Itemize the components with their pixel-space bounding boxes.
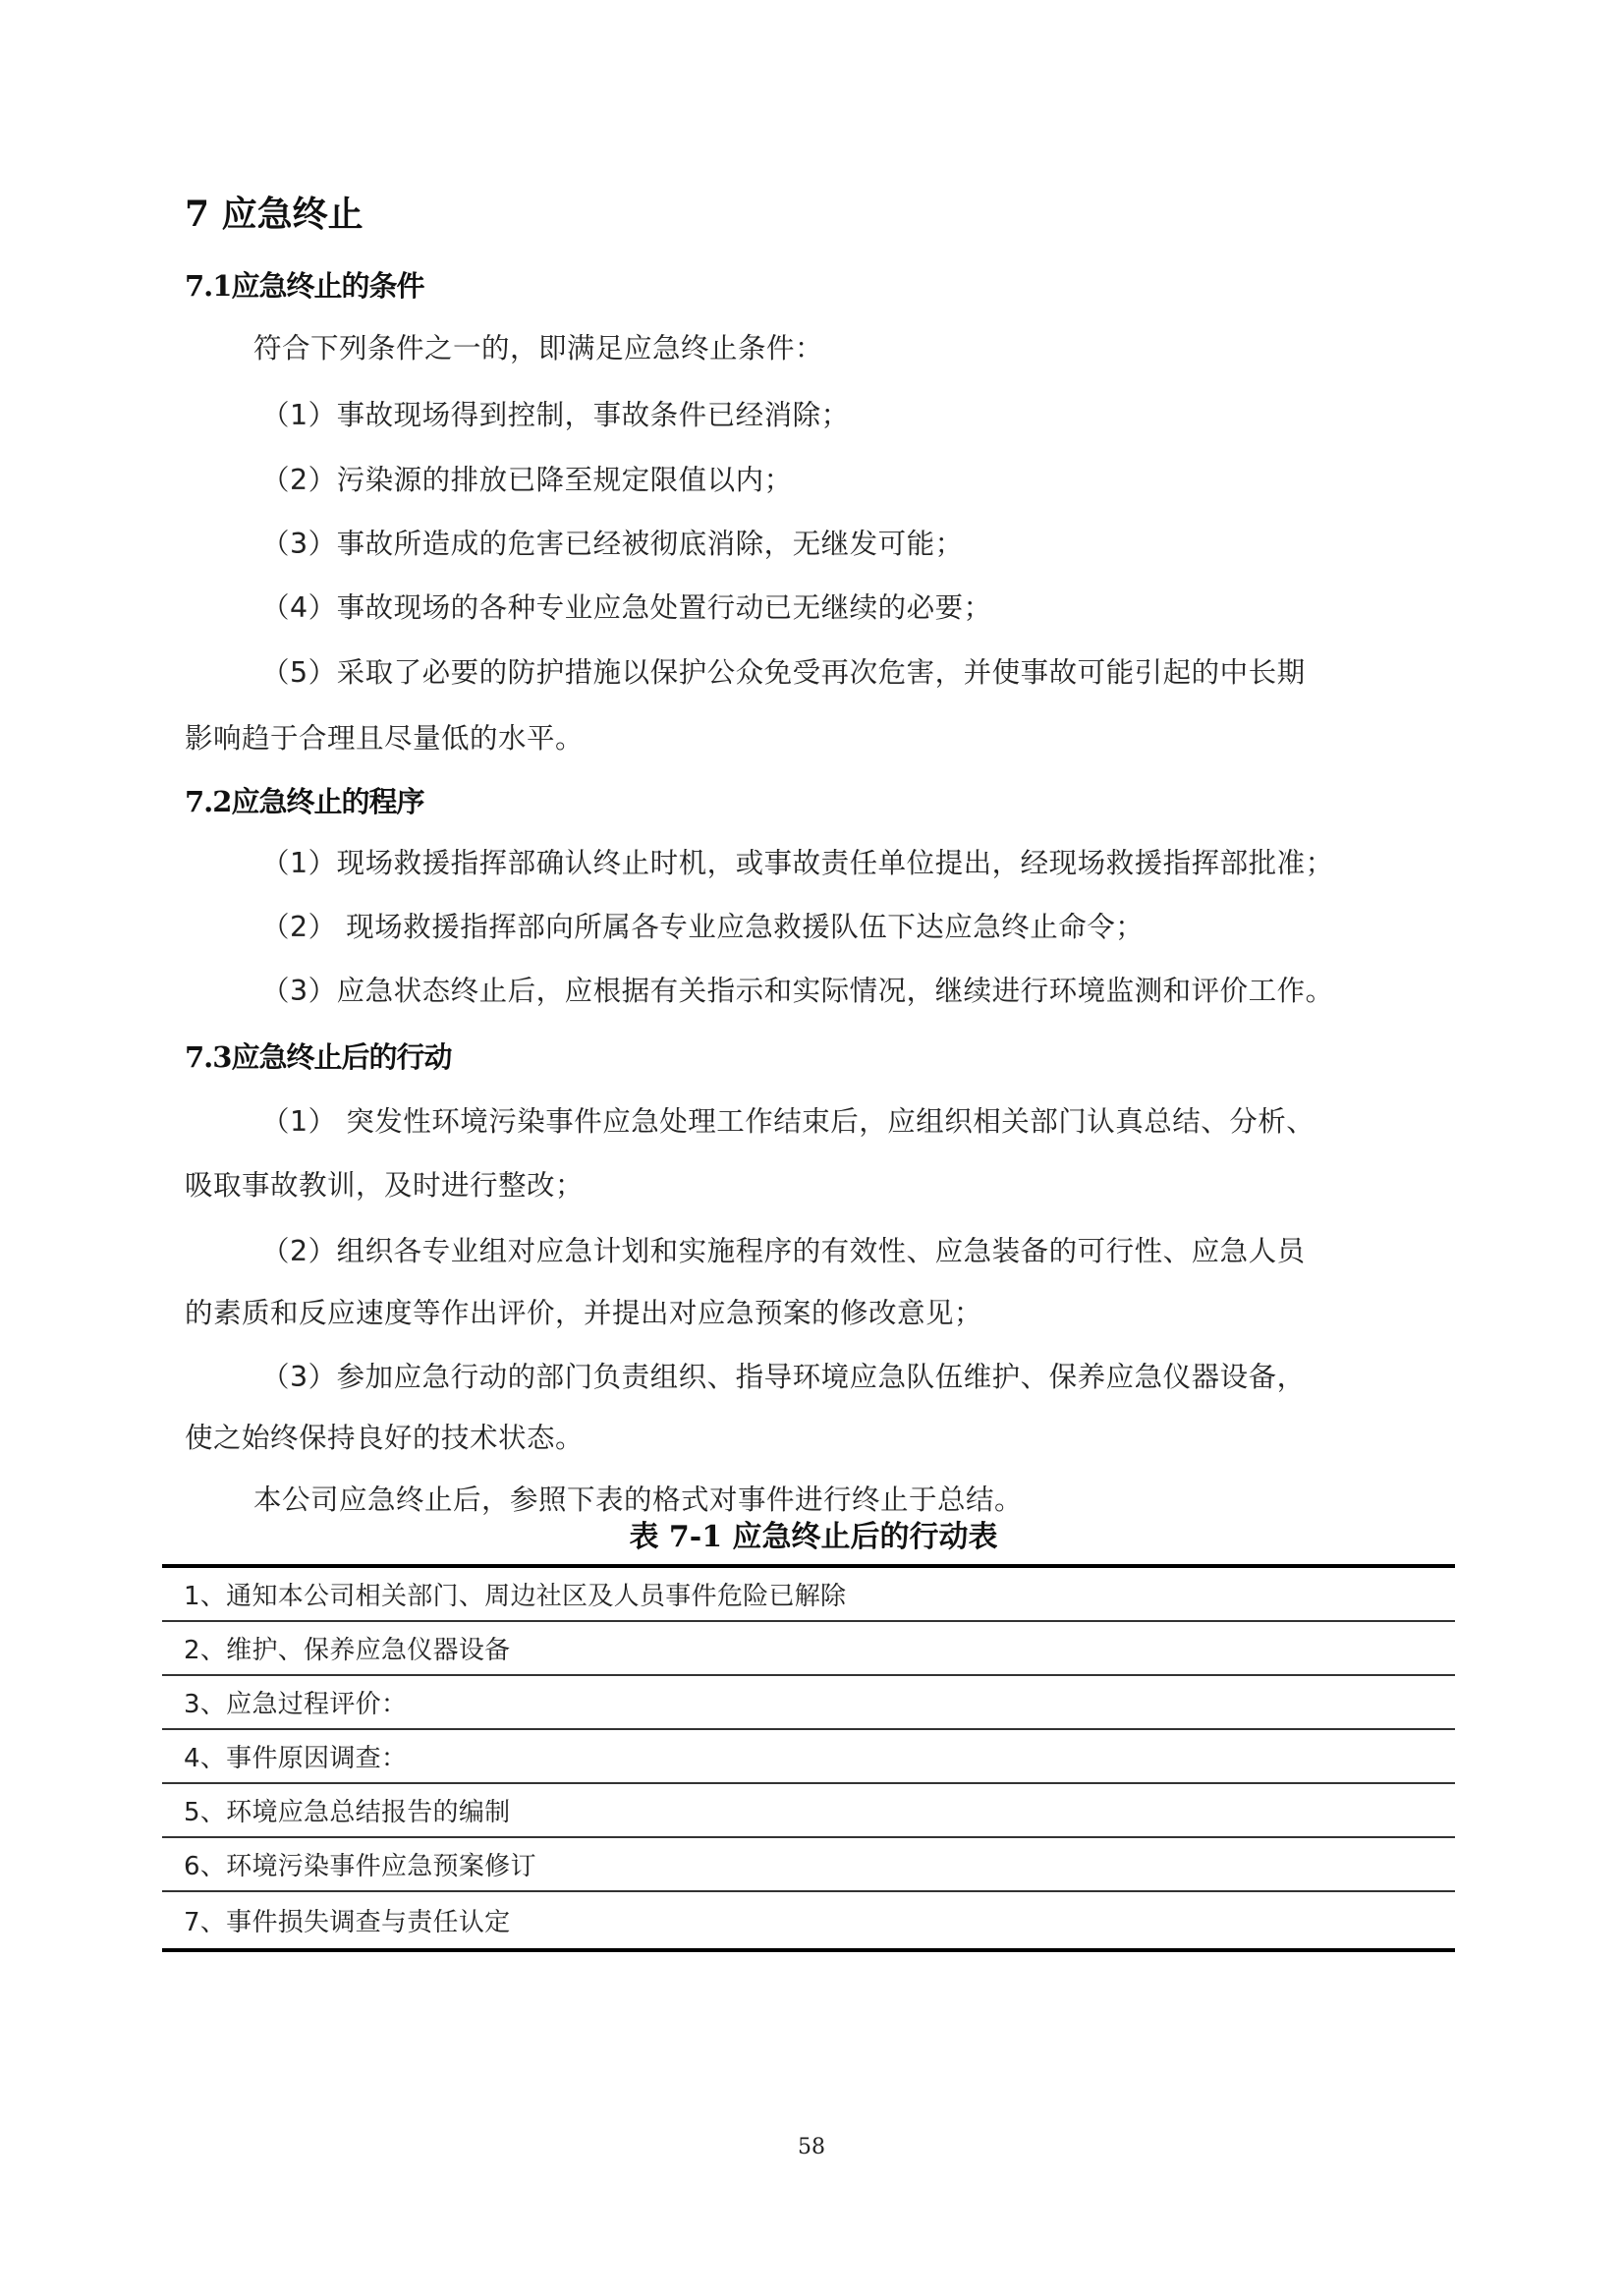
- condition-item-4: （4）事故现场的各种专业应急处置行动已无继续的必要；: [261, 589, 992, 627]
- paragraph-intro: 符合下列条件之一的，即满足应急终止条件：: [253, 330, 823, 367]
- heading-7-3: 7.3应急终止后的行动: [185, 1038, 451, 1076]
- procedure-item-3: （3）应急状态终止后，应根据有关指示和实际情况，继续进行环境监测和评价工作。: [261, 973, 1334, 1010]
- closing-paragraph: 本公司应急终止后，参照下表的格式对事件进行终止于总结。: [253, 1482, 1023, 1519]
- table-row: 7、事件损失调查与责任认定: [162, 1892, 1455, 1948]
- procedure-item-1: （1）现场救援指挥部确认终止时机，或事故责任单位提出，经现场救援指挥部批准；: [261, 845, 1334, 882]
- action-item-1-line-1: （1） 突发性环境污染事件应急处理工作结束后，应组织相关部门认真总结、分析、: [261, 1103, 1315, 1141]
- table-row: 6、环境污染事件应急预案修订: [162, 1838, 1455, 1892]
- procedure-item-2: （2） 现场救援指挥部向所属各专业应急救援队伍下达应急终止命令；: [261, 909, 1144, 946]
- heading-7-2: 7.2应急终止的程序: [185, 783, 423, 820]
- action-item-2-line-2: 的素质和反应速度等作出评价，并提出对应急预案的修改意见；: [185, 1295, 982, 1332]
- page-number: 58: [0, 2135, 1623, 2159]
- table-row: 1、通知本公司相关部门、周边社区及人员事件危险已解除: [162, 1568, 1455, 1622]
- condition-item-5-line-2: 影响趋于合理且尽量低的水平。: [185, 720, 584, 757]
- action-table: 1、通知本公司相关部门、周边社区及人员事件危险已解除 2、维护、保养应急仪器设备…: [162, 1564, 1455, 1952]
- table-row: 2、维护、保养应急仪器设备: [162, 1622, 1455, 1676]
- table-caption: 表 7-1 应急终止后的行动表: [0, 1518, 1623, 1557]
- condition-item-5-line-1: （5）采取了必要的防护措施以保护公众免受再次危害，并使事故可能引起的中长期: [261, 654, 1306, 692]
- table-row: 3、应急过程评价：: [162, 1676, 1455, 1730]
- condition-item-3: （3）事故所造成的危害已经被彻底消除，无继发可能；: [261, 526, 964, 563]
- action-item-1-line-2: 吸取事故教训，及时进行整改；: [185, 1167, 584, 1204]
- action-item-3-line-1: （3）参加应急行动的部门负责组织、指导环境应急队伍维护、保养应急仪器设备，: [261, 1359, 1306, 1396]
- action-item-2-line-1: （2）组织各专业组对应急计划和实施程序的有效性、应急装备的可行性、应急人员: [261, 1233, 1306, 1270]
- action-item-3-line-2: 使之始终保持良好的技术状态。: [185, 1420, 584, 1457]
- table-row: 4、事件原因调查：: [162, 1730, 1455, 1784]
- condition-item-1: （1）事故现场得到控制，事故条件已经消除；: [261, 397, 850, 434]
- section-title: 7 应急终止: [185, 193, 364, 236]
- heading-7-1: 7.1应急终止的条件: [185, 267, 423, 305]
- condition-item-2: （2）污染源的排放已降至规定限值以内；: [261, 462, 793, 499]
- table-row: 5、环境应急总结报告的编制: [162, 1784, 1455, 1838]
